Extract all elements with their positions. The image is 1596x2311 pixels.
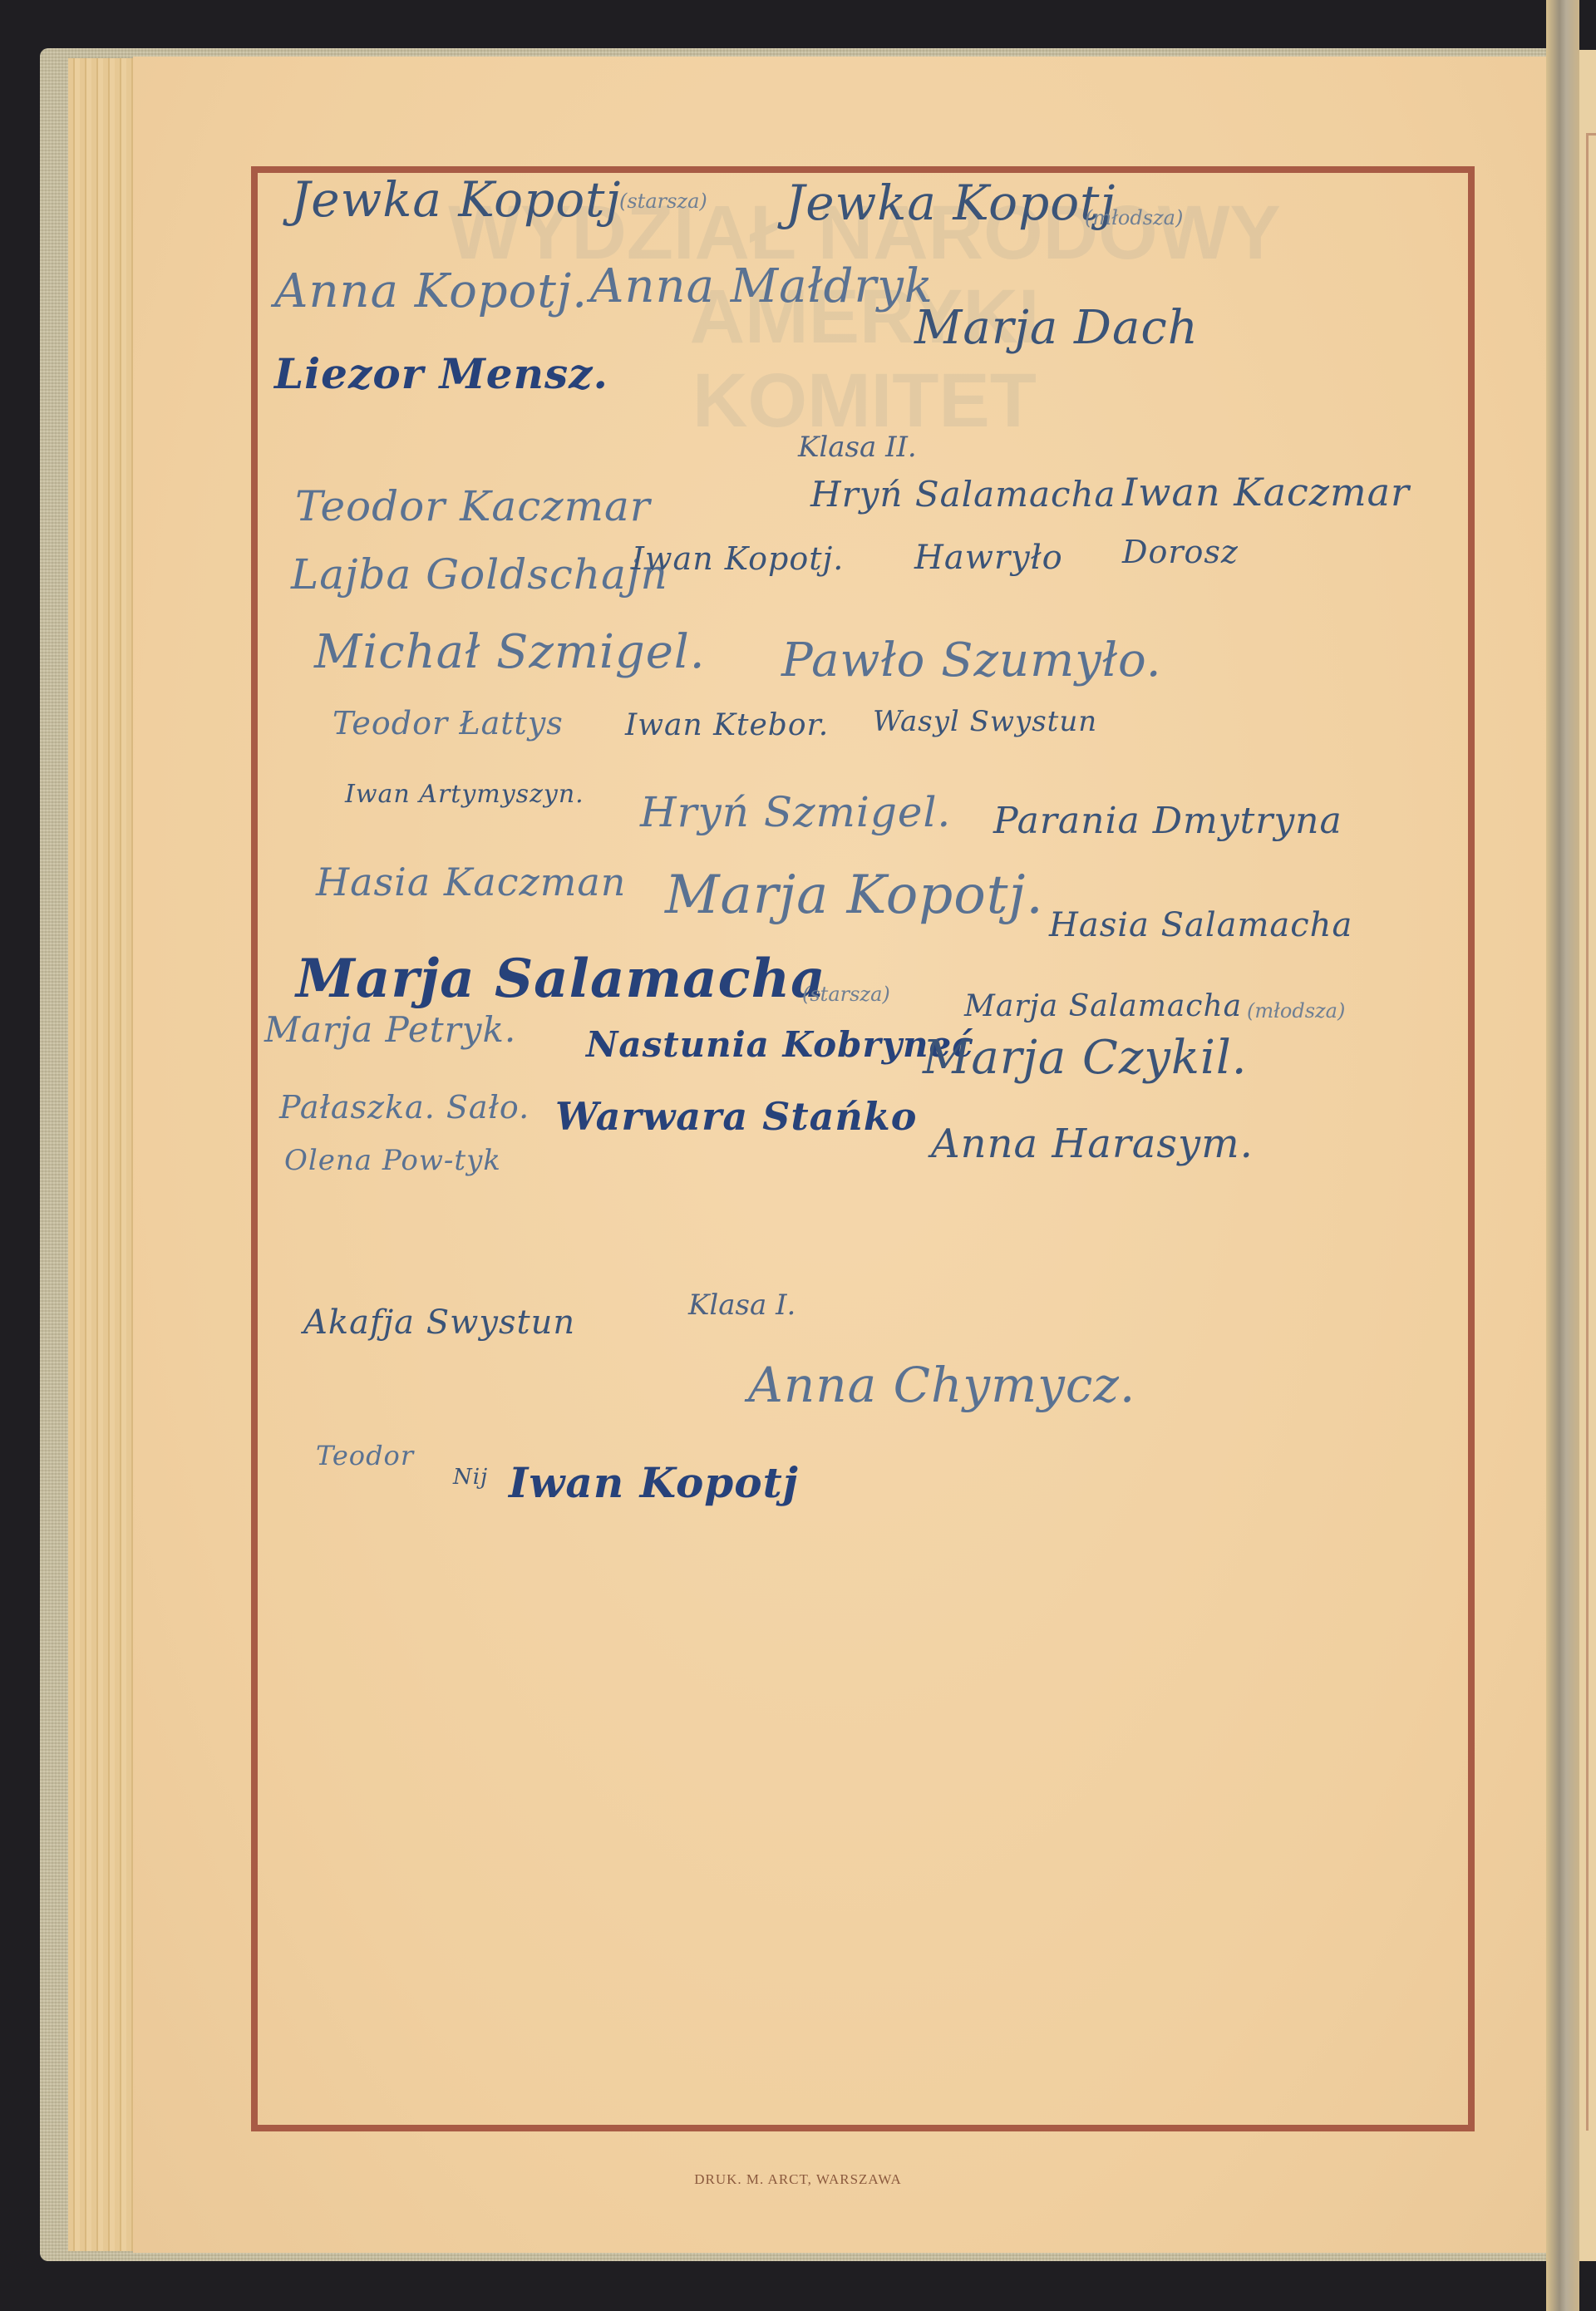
signature: Teodor Łattys (332, 705, 564, 742)
signature: Anna Harasym. (931, 1121, 1254, 1167)
signature: Jewka Kopotj (291, 171, 621, 228)
class-heading: Klasa I. (688, 1289, 796, 1322)
signature: Hawryło (914, 539, 1063, 577)
signature: Iwan Kaczmar (1122, 470, 1410, 515)
signature: Anna Małdryk (590, 259, 933, 313)
signature: Warwara Stańko (555, 1094, 917, 1139)
signature-note: (starsza) (802, 983, 890, 1006)
signature: Iwan Kopotj. (632, 540, 844, 577)
page-edges (68, 58, 133, 2251)
book-gutter (1546, 0, 1579, 2311)
signature: Hryń Szmigel. (640, 788, 951, 836)
signature: Wasyl Swystun (873, 705, 1097, 738)
signature: Teodor (316, 1440, 414, 1471)
signature: Marja Petryk. (264, 1009, 516, 1050)
signature: Olena Pow-tyk (284, 1144, 501, 1177)
printer-imprint: DRUK. M. ARCT, WARSZAWA (0, 2171, 1596, 2188)
signature: Nastunia Kobryneć (586, 1024, 974, 1065)
signature-note: (starsza) (619, 190, 707, 213)
signature: Marja Dach (914, 301, 1199, 355)
signature: Marja Czykil. (923, 1031, 1248, 1085)
signature: Parania Dmytryna (993, 800, 1342, 842)
signature: Dorosz (1122, 534, 1239, 570)
signature: Nij (453, 1465, 488, 1490)
signature: Michał Szmigel. (314, 625, 706, 679)
signature: Iwan Kopotj (509, 1458, 799, 1507)
signature: Teodor Kaczmar (295, 482, 651, 530)
signature: Anna Kopotj. (274, 264, 588, 318)
signature: Iwan Ktebor. (625, 708, 829, 742)
signature: Lajba Goldschajn (291, 550, 668, 599)
signature-note: (młodsza) (1085, 206, 1183, 229)
signature: Liezor Mensz. (274, 349, 608, 398)
signature: Pałaszka. Sało. (279, 1089, 530, 1126)
signature: Jewka Kopotj (786, 175, 1116, 231)
signature: Pawło Szumyło. (781, 633, 1162, 687)
signature: Hasia Salamacha (1049, 906, 1352, 944)
signature: Iwan Artymyszyn. (345, 780, 584, 809)
class-heading: Klasa II. (798, 431, 917, 464)
signature: Marja Kopotj. (665, 865, 1044, 926)
signature-note: (młodsza) (1247, 999, 1345, 1022)
signature: Anna Chymycz. (748, 1357, 1135, 1413)
signature: Hryń Salamacha (810, 474, 1116, 515)
signature: Marja Salamacha (964, 989, 1242, 1023)
signature: Marja Salamacha (296, 948, 826, 1010)
next-page-frame (1586, 133, 1596, 2131)
signature: Akafja Swystun (303, 1303, 575, 1342)
signature: Hasia Kaczman (316, 860, 626, 904)
